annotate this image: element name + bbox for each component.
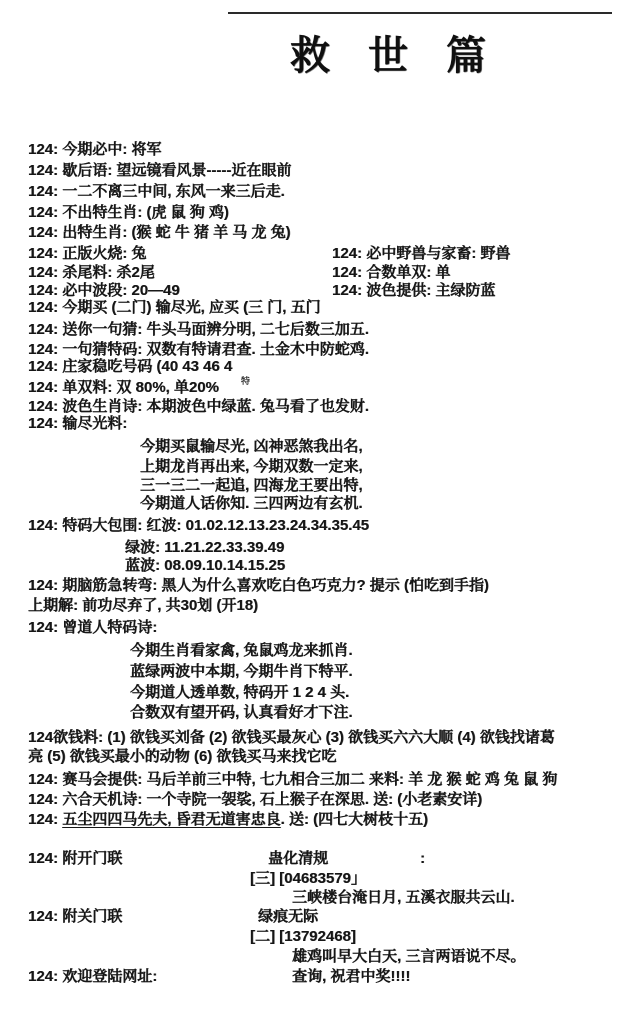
line-tianji-poem: 124: 六合天机诗: 一个寺院一袈裟, 石上猴子在深思. 送: (小老素安详)	[28, 791, 482, 809]
line-shujinguang-label: 124: 输尽光料:	[28, 415, 127, 433]
line-close-couplet-label: 124: 附关门联	[28, 908, 122, 926]
line-yuqian-1: 124欲钱料: (1) 欲钱买刘备 (2) 欲钱买最灰心 (3) 欲钱买六六大顺…	[28, 729, 555, 747]
shujinguang-poem-line: 上期龙肖再出来, 今期双数一定来,	[140, 458, 363, 476]
line-doors: 124: 今期买 (二门) 输尽光, 应买 (三 门, 五门	[28, 299, 321, 317]
wuchen-underlined: 五尘四四马先夫, 昏君无道害忠良	[62, 811, 280, 828]
page-title: 救 世 篇	[290, 24, 500, 81]
zengdaoren-poem-line: 蓝绿两波中本期, 今期牛肖下特平.	[130, 663, 353, 681]
line-special-zodiac: 124: 出特生肖: (猴 蛇 牛 猪 羊 马 龙 兔)	[28, 224, 291, 242]
line-green-wave: 绿波: 11.21.22.33.39.49	[125, 539, 284, 557]
line-yuqian-2: 亮 (5) 欲钱买最小的动物 (6) 欲钱买马来找它吃	[28, 748, 336, 766]
shujinguang-poem-line: 今期买鼠输尽光, 凶神恶煞我出名,	[140, 438, 363, 456]
line-website-label: 124: 欢迎登陆网址:	[28, 968, 157, 986]
shujinguang-poem-line: 三一三二一起追, 四海龙王要出特,	[140, 477, 363, 495]
line-fire-burn: 124: 正版火烧: 兔	[28, 245, 146, 263]
line-banker-numbers: 124: 庄家稳吃号码 (40 43 46 4	[28, 358, 232, 376]
line-guess-special: 124: 一句猜特码: 双数有特请君查. 土金木中防蛇鸡.	[28, 341, 369, 359]
scanned-lottery-sheet: 救 世 篇 124: 今期必中: 将军 124: 歇后语: 望远镜看风景----…	[0, 0, 635, 1024]
zengdaoren-poem-line: 合数双有望开码, 认真看好才下注.	[130, 704, 353, 722]
wuchen-prefix: 124:	[28, 811, 62, 828]
line-xiehouyu: 124: 歇后语: 望远镜看风景-----近在眼前	[28, 162, 291, 180]
line-one-sentence: 124: 送你一句猜: 牛头马面辨分明, 二七后数三加五.	[28, 321, 369, 339]
line-wave-zodiac-poem: 124: 波色生肖诗: 本期波色中绿蓝. 兔马看了也发财.	[28, 398, 369, 416]
line-website-text: 查询, 祝君中奖!!!!	[292, 968, 410, 986]
line-jockey-club: 124: 赛马会提供: 马后羊前三中特, 七九相合三加二 来料: 羊 龙 猴 蛇…	[28, 771, 557, 789]
line-wild-domestic: 124: 必中野兽与家畜: 野兽	[332, 245, 510, 263]
close-couplet-verse: 雄鸡叫早大白天, 三言两语说不尽。	[292, 948, 525, 966]
zengdaoren-poem-line: 今期生肖看家禽, 兔鼠鸡龙来抓肖.	[130, 642, 353, 660]
open-couplet-phrase: 蛊化清规	[268, 850, 328, 868]
line-odd-even-ratio: 124: 单双料: 双 80%, 单20%	[28, 379, 219, 397]
line-red-wave: 124: 特码大包围: 红波: 01.02.12.13.23.24.34.35.…	[28, 517, 369, 535]
title-rule	[228, 12, 612, 14]
line-blue-wave: 蓝波: 08.09.10.14.15.25	[125, 557, 285, 575]
line-sum-odd-even: 124: 合数单双: 单	[332, 264, 450, 282]
line-must-win: 124: 今期必中: 将军	[28, 141, 161, 159]
open-couplet-code: [三] [04683579」	[250, 870, 366, 888]
line-kill-tail: 124: 杀尾料: 杀2尾	[28, 264, 155, 282]
open-couplet-colon: :	[420, 850, 425, 868]
line-hint-123: 124: 一二不离三中间, 东风一来三后走.	[28, 183, 285, 201]
line-open-couplet-label: 124: 附开门联	[28, 850, 122, 868]
zengdaoren-poem-line: 今期道人透单数, 特码开 1 2 4 头.	[130, 684, 349, 702]
line-wuchen: 124: 五尘四四马先夫, 昏君无道害忠良. 送: (四七大树枝十五)	[28, 811, 428, 829]
shujinguang-poem-line: 今期道人话你知. 三四两边有玄机.	[140, 495, 363, 513]
close-couplet-code: [二] [13792468]	[250, 928, 356, 946]
close-couplet-phrase: 绿痕无际	[258, 908, 318, 926]
line-wave-color: 124: 波色提供: 主绿防蓝	[332, 282, 495, 300]
line-not-special-zodiac: 124: 不出特生肖: (虎 鼠 狗 鸡)	[28, 204, 229, 222]
wuchen-suffix: . 送: (四七大树枝十五)	[281, 811, 429, 828]
banker-note-mark: 特	[241, 374, 250, 387]
open-couplet-verse: 三峡楼台淹日月, 五溪衣服共云山.	[292, 889, 515, 907]
line-last-answer: 上期解: 前功尽弃了, 共30划 (开18)	[28, 597, 258, 615]
line-wave-range: 124: 必中波段: 20—49	[28, 282, 180, 300]
line-brain-teaser: 124: 期脑筋急转弯: 黑人为什么喜欢吃白色巧克力? 提示 (怕吃到手指)	[28, 577, 489, 595]
line-zengdaoren-label: 124: 曾道人特码诗:	[28, 619, 157, 637]
